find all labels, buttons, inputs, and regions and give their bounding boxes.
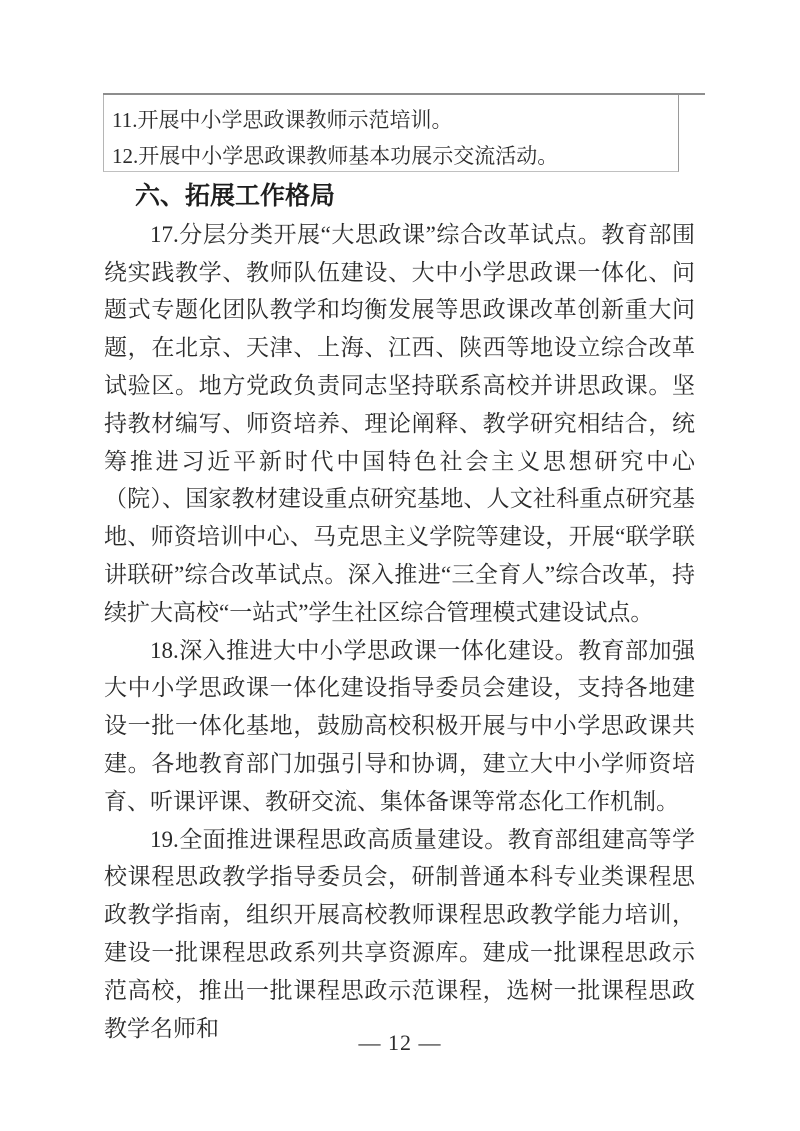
section-heading: 六、拓展工作格局 [104, 178, 695, 216]
paragraph-17: 17.分层分类开展“大思政课”综合改革试点。教育部围绕实践教学、教师队伍建设、大… [104, 216, 695, 632]
document-page: 11.开展中小学思政课教师示范培训。 12.开展中小学思政课教师基本功展示交流活… [0, 0, 800, 1131]
table-fragment: 11.开展中小学思政课教师示范培训。 12.开展中小学思政课教师基本功展示交流活… [103, 95, 679, 172]
table-row-11: 11.开展中小学思政课教师示范培训。 [112, 102, 678, 138]
document-body: 六、拓展工作格局 17.分层分类开展“大思政课”综合改革试点。教育部围绕实践教学… [104, 178, 695, 1047]
table-row-12: 12.开展中小学思政课教师基本功展示交流活动。 [112, 138, 678, 174]
paragraph-18: 18.深入推进大中小学思政课一体化建设。教育部加强大中小学思政课一体化建设指导委… [104, 632, 695, 821]
paragraph-19: 19.全面推进课程思政高质量建设。教育部组建高等学校课程思政教学指导委员会，研制… [104, 821, 695, 1048]
page-number: — 12 — [0, 1030, 800, 1056]
